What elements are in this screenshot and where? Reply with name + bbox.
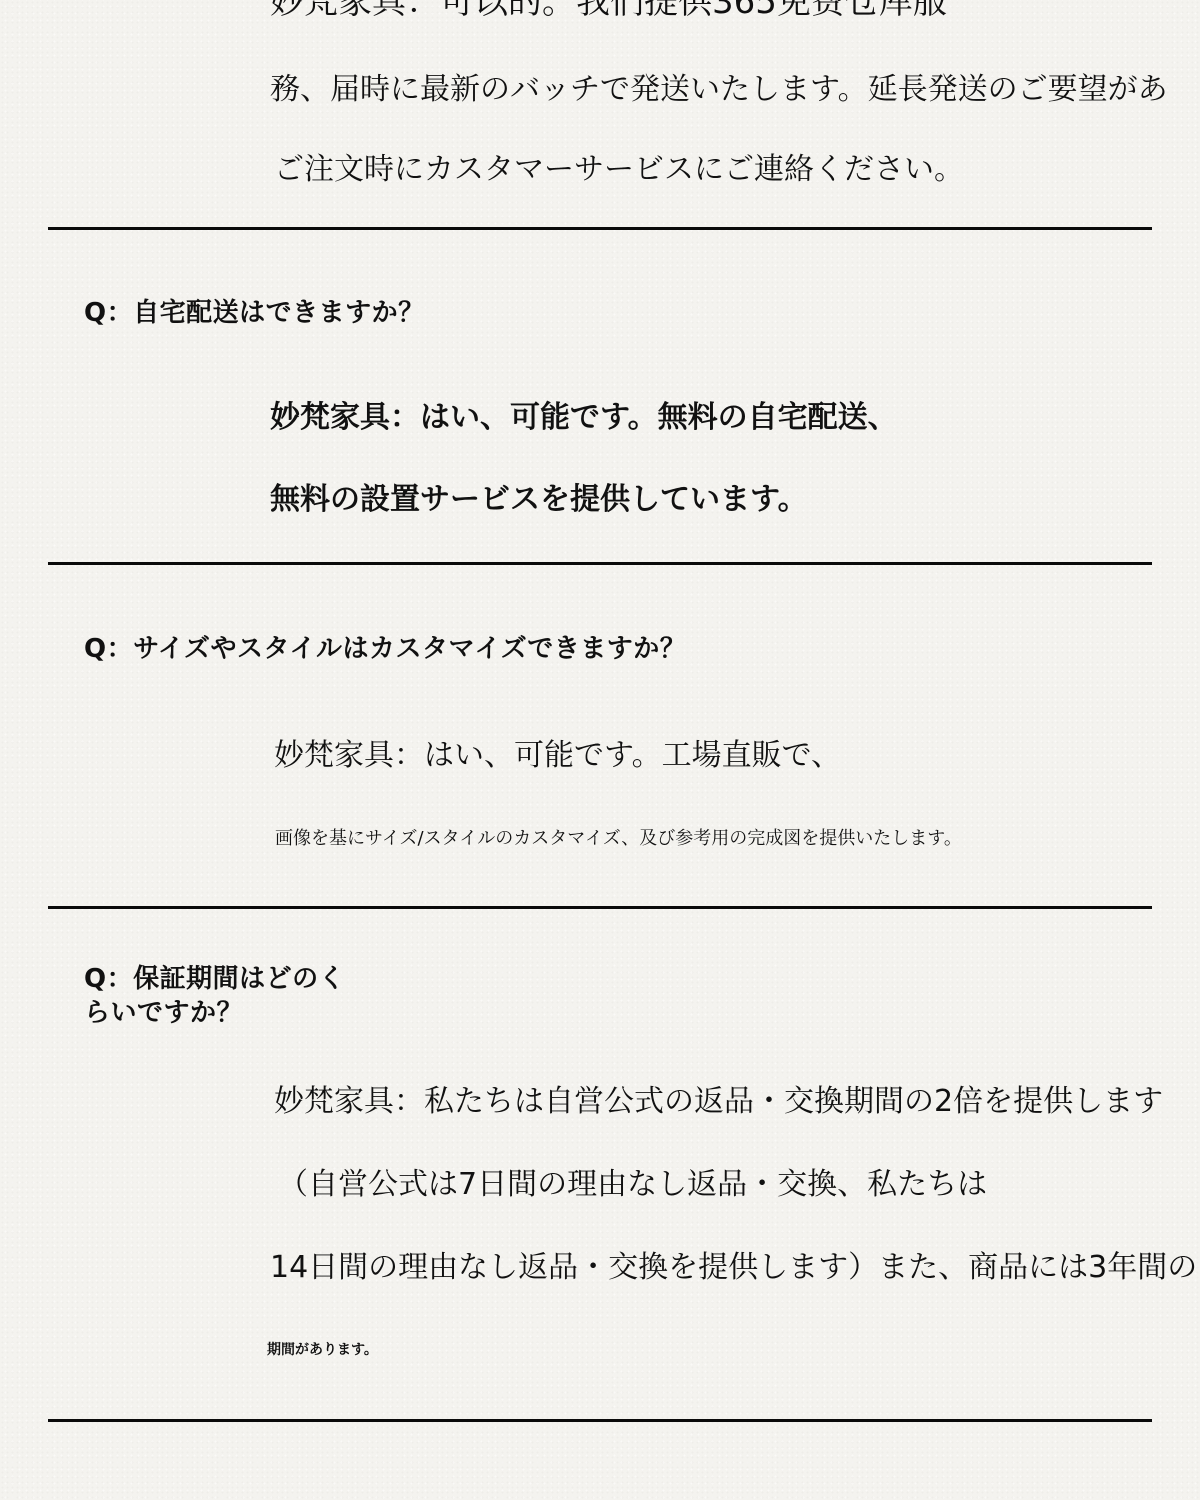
question-customization: Q：サイズやスタイルはカスタマイズできますか？ — [84, 632, 686, 666]
answer-line: 妙梵家具：私たちは自営公式の返品・交換期間の2倍を提供します — [274, 1082, 1163, 1122]
answer-line: 妙梵家具：はい、可能です。無料の自宅配送、 — [270, 398, 898, 438]
answer-line: （自営公式は7日間の理由なし返品・交換、私たちは — [278, 1165, 987, 1205]
question-line: Q：保証期間はどのく — [84, 962, 345, 996]
answer-line: 妙梵家具：はい、可能です。工場直販で、 — [274, 736, 841, 776]
answer-line: 14日間の理由なし返品・交換を提供します）また、商品には3年間の — [270, 1248, 1197, 1288]
answer-line: 期間があります。 — [267, 1341, 378, 1359]
divider — [48, 1419, 1152, 1422]
answer-line: 画像を基にサイズ/スタイルのカスタマイズ、及び参考用の完成図を提供いたします。 — [275, 827, 962, 851]
answer-line: 務、届時に最新のバッチで発送いたします。延長発送のご要望があ — [270, 70, 1168, 110]
divider — [48, 562, 1152, 565]
question-warranty: Q：保証期間はどのく らいですか？ — [84, 962, 345, 1030]
answer-line: 妙梵家具：可以的。我们提供365免费仓库服 — [270, 0, 947, 22]
question-home-delivery: Q：自宅配送はできますか？ — [84, 296, 425, 330]
answer-line: 無料の設置サービスを提供しています。 — [270, 480, 808, 520]
divider — [48, 906, 1152, 909]
answer-line: ご注文時にカスタマーサービスにご連絡ください。 — [274, 150, 964, 190]
question-line: らいですか？ — [84, 996, 345, 1030]
divider — [48, 227, 1152, 230]
